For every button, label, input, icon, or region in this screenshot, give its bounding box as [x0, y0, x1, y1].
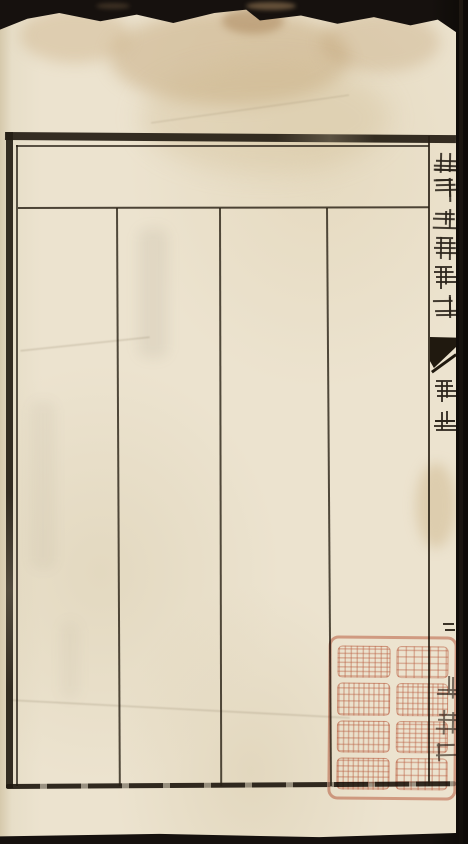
seal-character: [396, 683, 449, 716]
character-glyph: [434, 378, 456, 402]
paper-crease: [10, 699, 350, 718]
character-glyph: [433, 235, 456, 260]
character-glyph: [433, 264, 456, 289]
character-glyph: [433, 293, 456, 318]
character-glyph: [434, 408, 456, 432]
volume-label: [434, 378, 456, 432]
character-glyph: [433, 148, 456, 174]
book-leaf: [0, 8, 456, 838]
column-divider-2: [219, 208, 222, 786]
seal-character: [395, 721, 448, 754]
seal-character: [395, 758, 448, 791]
water-stain: [416, 463, 456, 548]
torn-paper-residue: [96, 3, 130, 9]
partial-character-mark: [443, 622, 456, 632]
red-collector-seal: [327, 635, 456, 800]
frame-left-line: [6, 132, 13, 788]
seal-character: [396, 646, 449, 679]
seal-column: [395, 646, 449, 790]
torn-paper-residue: [246, 2, 296, 10]
book-title-vertical: [433, 148, 456, 318]
character-glyph: [433, 206, 456, 232]
frame-inner-left-line: [16, 145, 18, 786]
ink-bleedthrough: [30, 400, 56, 570]
character-glyph: [433, 177, 456, 203]
background-shadow-band: [459, 0, 463, 844]
column-header-rule: [18, 206, 429, 209]
water-stain: [320, 12, 440, 72]
seal-column: [336, 646, 390, 790]
ink-bleedthrough: [60, 620, 80, 700]
scanned-book-photo: [0, 0, 468, 844]
water-stain: [222, 8, 284, 34]
column-divider-1: [116, 208, 121, 786]
frame-top-line: [5, 132, 456, 143]
seal-character: [337, 720, 390, 753]
frame-inner-top-line: [16, 145, 429, 147]
paper-crease: [20, 336, 149, 351]
water-stain: [20, 8, 130, 63]
seal-character: [337, 646, 390, 679]
ink-bleedthrough: [138, 228, 168, 358]
seal-character: [336, 757, 389, 790]
seal-character: [337, 683, 390, 716]
